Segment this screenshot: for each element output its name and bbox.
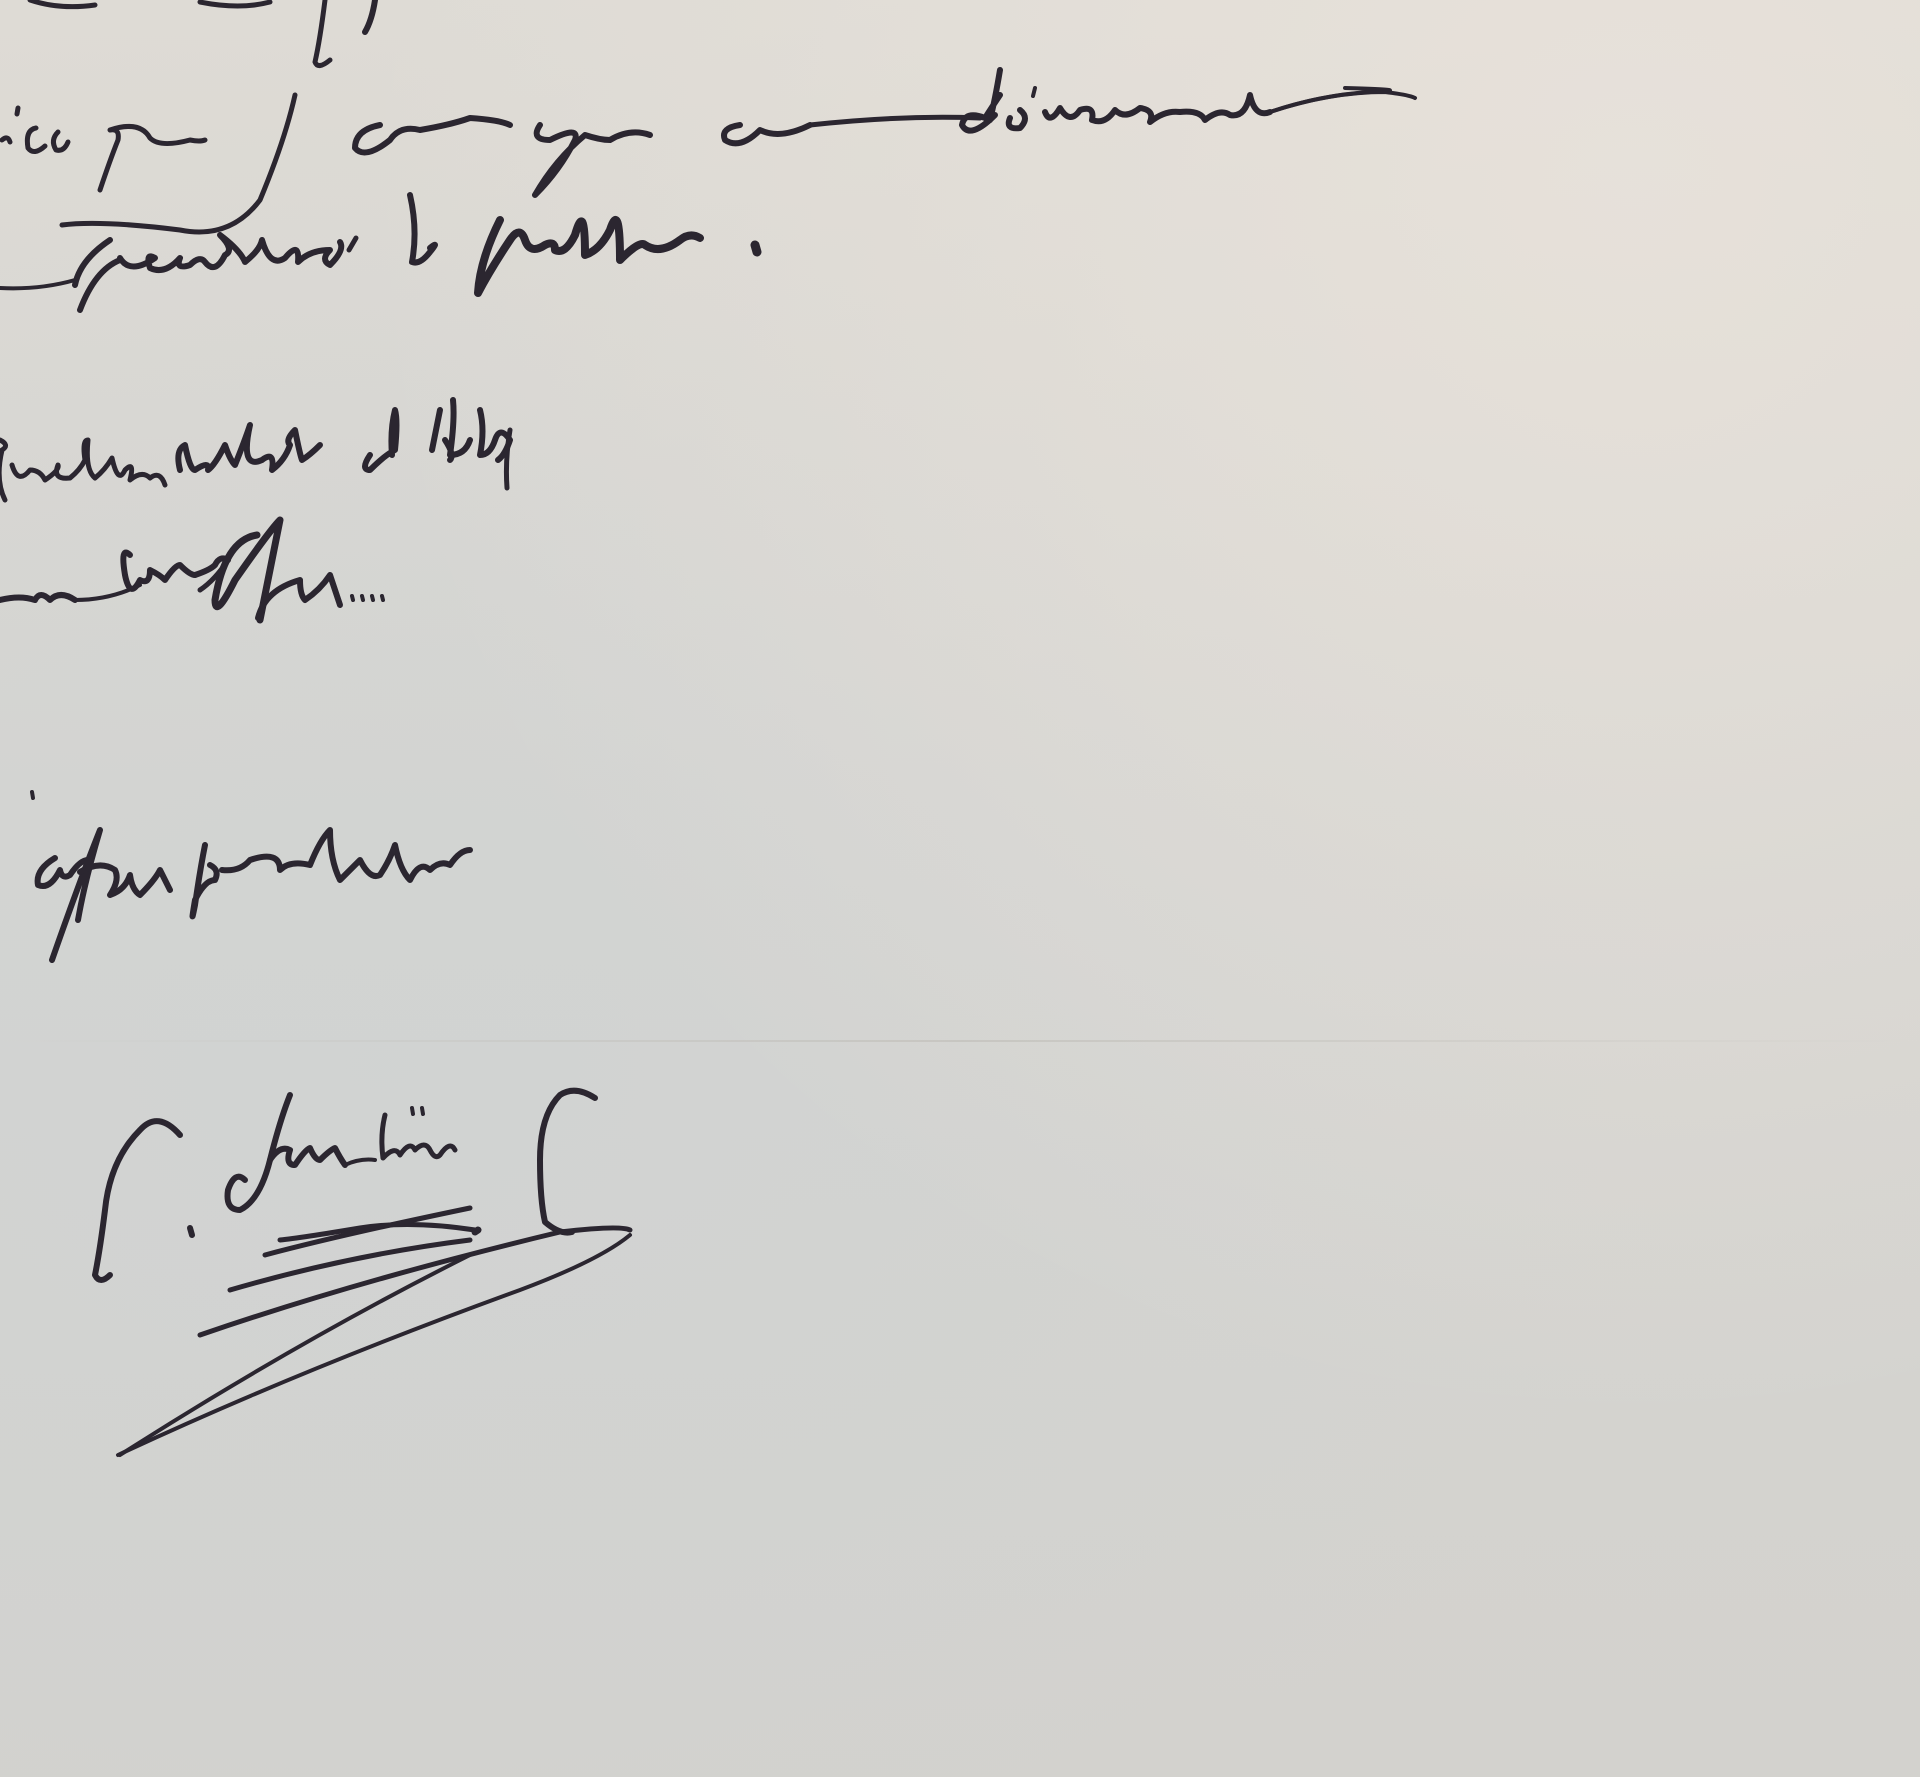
line-3-ink (0, 400, 510, 500)
line-2-ink (0, 195, 757, 310)
top-fragment (30, 0, 375, 66)
letter-page: ique) et que ce dénouement scandalisé le… (0, 0, 1920, 1777)
line-5-ink (32, 792, 470, 960)
line-1-ink (2, 70, 1415, 232)
line-4-ink (0, 520, 383, 620)
signature-ink (95, 1091, 630, 1455)
handwriting-ink (0, 0, 1920, 1777)
